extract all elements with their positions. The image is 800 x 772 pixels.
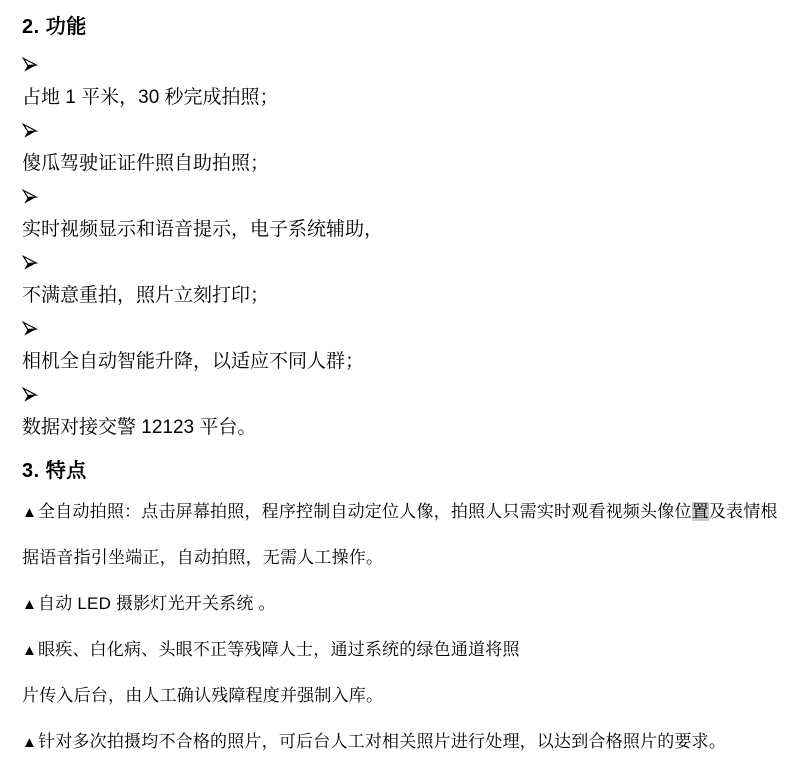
feature-text: 自动 LED 摄影灯光开关系统 。	[38, 594, 276, 613]
arrow-bullet-icon	[22, 387, 38, 403]
bullet-item-text: 占地 1 平米，30 秒完成拍照；	[22, 81, 792, 114]
bullet-item-text: 傻瓜驾驶证证件照自助拍照；	[22, 147, 792, 180]
feature-text: 及表情根	[709, 502, 778, 521]
feature-text: 全自动拍照：点击屏幕拍照，程序控制自动定位人像，拍照人只需实时观看视频头像位	[38, 502, 692, 521]
document-page: 2. 功能 占地 1 平米，30 秒完成拍照； 傻瓜驾驶证证件照自助拍照； 实时…	[0, 0, 800, 772]
functions-bullet-list: 占地 1 平米，30 秒完成拍照； 傻瓜驾驶证证件照自助拍照； 实时视频显示和语…	[22, 48, 792, 444]
bullet-marker-line	[22, 246, 792, 279]
arrow-bullet-icon	[22, 189, 38, 205]
arrow-bullet-icon	[22, 321, 38, 337]
triangle-bullet-icon: ▲	[22, 596, 37, 613]
bullet-marker-line	[22, 114, 792, 147]
feature-paragraph-green-channel-line1: ▲眼疾、白化病、头眼不正等残障人士，通过系统的绿色通道将照	[22, 627, 792, 673]
feature-paragraph-retouch: ▲针对多次拍摄均不合格的照片，可后台人工对相关照片进行处理，以达到合格照片的要求…	[22, 719, 792, 765]
feature-text: 眼疾、白化病、头眼不正等残障人士，通过系统的绿色通道将照	[38, 640, 520, 659]
feature-text: 针对多次拍摄均不合格的照片，可后台人工对相关照片进行处理，以达到合格照片的要求。	[38, 732, 726, 751]
highlighted-char: 置	[692, 502, 709, 521]
functions-heading: 2. 功能	[22, 14, 792, 40]
arrow-bullet-icon	[22, 57, 38, 73]
features-heading: 3. 特点	[22, 458, 792, 484]
bullet-marker-line	[22, 312, 792, 345]
bullet-item-text: 相机全自动智能升降，以适应不同人群；	[22, 345, 792, 378]
features-body: ▲全自动拍照：点击屏幕拍照，程序控制自动定位人像，拍照人只需实时观看视频头像位置…	[22, 489, 792, 765]
feature-paragraph-green-channel-line2: 片传入后台，由人工确认残障程度并强制入库。	[22, 673, 792, 719]
bullet-marker-line	[22, 48, 792, 81]
feature-paragraph-auto-photo-line2: 据语音指引坐端正，自动拍照，无需人工操作。	[22, 535, 792, 581]
feature-paragraph-auto-photo-line1: ▲全自动拍照：点击屏幕拍照，程序控制自动定位人像，拍照人只需实时观看视频头像位置…	[22, 489, 792, 535]
arrow-bullet-icon	[22, 255, 38, 271]
bullet-marker-line	[22, 378, 792, 411]
triangle-bullet-icon: ▲	[22, 734, 37, 751]
bullet-item-text: 不满意重拍，照片立刻打印；	[22, 279, 792, 312]
bullet-item-text: 实时视频显示和语音提示，电子系统辅助，	[22, 213, 792, 246]
feature-paragraph-led: ▲自动 LED 摄影灯光开关系统 。	[22, 581, 792, 627]
triangle-bullet-icon: ▲	[22, 642, 37, 659]
bullet-marker-line	[22, 180, 792, 213]
arrow-bullet-icon	[22, 123, 38, 139]
triangle-bullet-icon: ▲	[22, 504, 37, 521]
bullet-item-text: 数据对接交警 12123 平台。	[22, 411, 792, 444]
